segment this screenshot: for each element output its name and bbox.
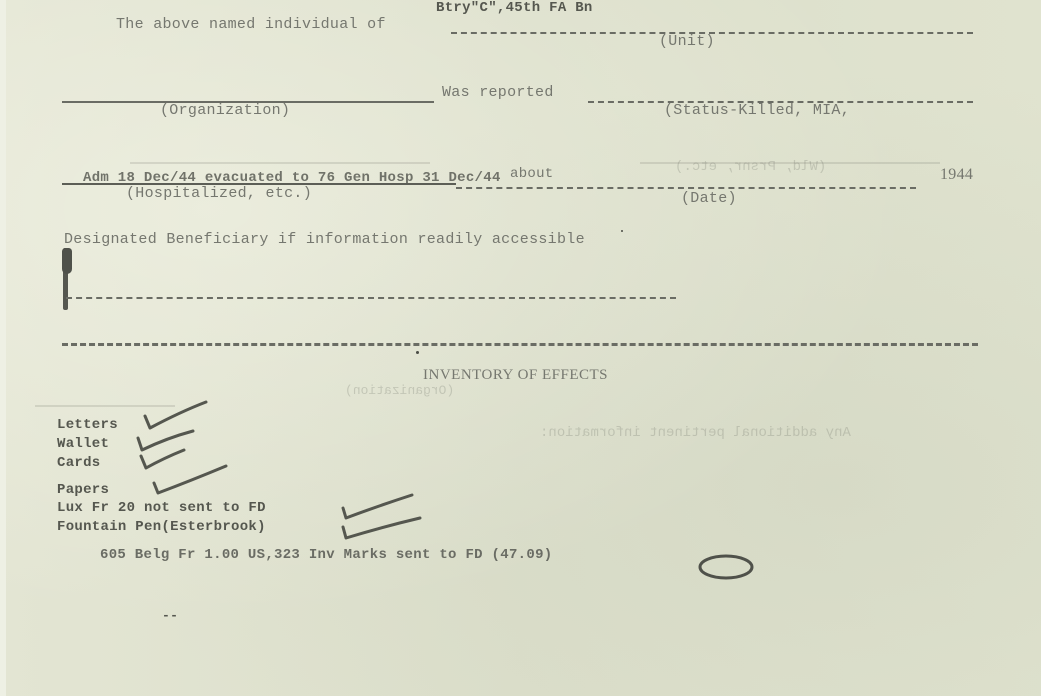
- footer-mark: --: [162, 608, 178, 623]
- inventory-item-fountain-pen: Fountain Pen(Esterbrook): [57, 519, 266, 535]
- beneficiary-label: Designated Beneficiary if information re…: [64, 231, 585, 248]
- pencil-bracket-mark: [62, 248, 72, 274]
- date-caption: (Date): [681, 190, 737, 207]
- unit-caption: (Unit): [659, 33, 715, 50]
- unit-value: Btry"C",45th FA Bn: [436, 0, 593, 16]
- status-caption: (Status-Killed, MIA,: [664, 102, 850, 119]
- inventory-item-cards: Cards: [57, 455, 101, 471]
- hospitalized-caption: (Hospitalized, etc.): [126, 185, 312, 202]
- inventory-item-letters: Letters: [57, 417, 118, 433]
- check-mark-icon: [140, 398, 210, 432]
- inventory-item-papers: Papers: [57, 482, 109, 498]
- bleed-through-rule: [640, 162, 940, 164]
- inventory-item-lux-fr: Lux Fr 20 not sent to FD: [57, 500, 266, 516]
- paper-speck: [621, 230, 623, 232]
- section-separator: [62, 343, 978, 346]
- document-page: [0, 0, 1041, 696]
- year-value: 1944: [940, 166, 973, 184]
- bleed-through-info: Any additional pertinent information:: [540, 425, 851, 441]
- reported-label: Was reported: [442, 84, 554, 101]
- circle-mark-icon: [698, 552, 754, 582]
- inventory-item-wallet: Wallet: [57, 436, 109, 452]
- about-label: about: [510, 166, 554, 182]
- bleed-through-rule: [130, 162, 430, 164]
- paper-speck: [416, 351, 419, 354]
- check-mark-icon: [340, 515, 424, 543]
- inventory-title: INVENTORY OF EFFECTS: [423, 367, 608, 384]
- page-edge: [0, 0, 6, 696]
- date-rule: [456, 187, 916, 189]
- check-mark-icon: [150, 463, 230, 497]
- currency-line: 605 Belg Fr 1.00 US,323 Inv Marks sent t…: [100, 547, 552, 563]
- unit-label: The above named individual of: [116, 16, 386, 33]
- beneficiary-rule: [66, 297, 676, 299]
- organization-caption: (Organization): [160, 102, 290, 119]
- bleed-through-org: (Organization): [345, 383, 454, 398]
